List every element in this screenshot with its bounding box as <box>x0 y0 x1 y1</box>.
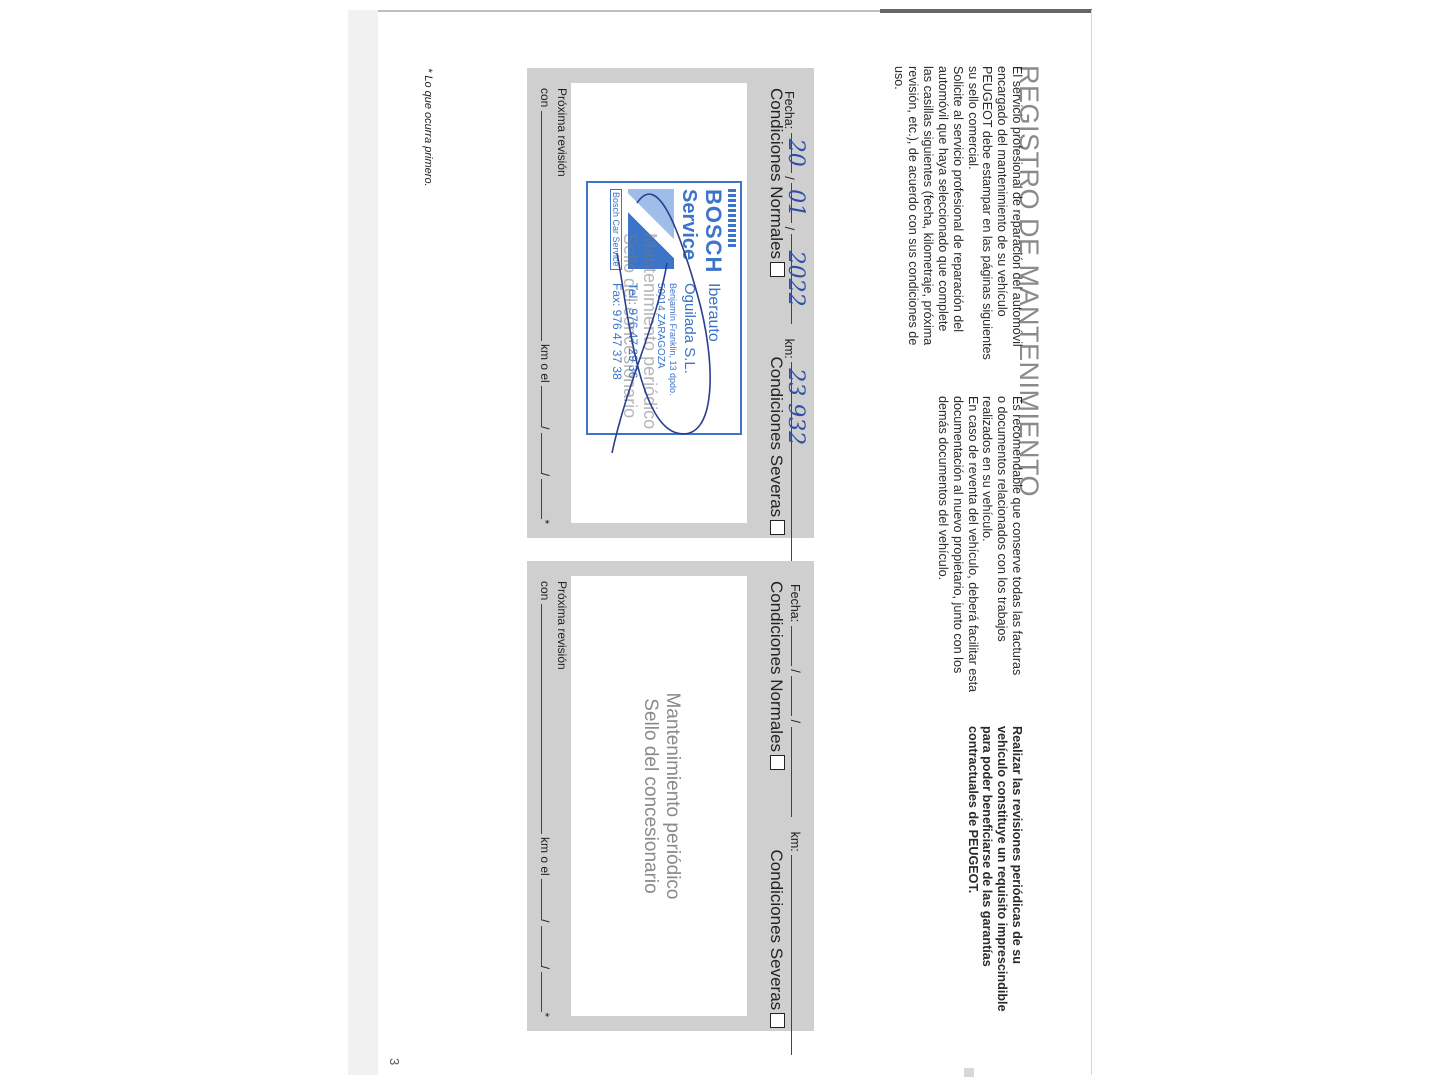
stamp-service: Service <box>677 189 700 260</box>
km-or-date-label: km o el <box>538 837 552 876</box>
next-service-row: con km o el / / * <box>538 581 554 1017</box>
text-line: documentación al nuevo propietario, junt… <box>950 396 965 692</box>
date-km-row: Fecha: / / km: <box>788 584 804 1055</box>
text-line: revisión, etc.), de acuerdo con sus cond… <box>906 66 921 360</box>
text-line: Realizar las revisiones periódicas de su <box>1009 726 1024 1012</box>
date-day-field[interactable]: 20 <box>791 133 804 173</box>
normal-conditions-checkbox[interactable] <box>770 262 785 277</box>
date-separator: / <box>788 669 802 672</box>
handwritten-month: 01 <box>783 189 808 217</box>
dealer-stamp-area: BOSCH Iberauto Service Oguilada S.L. Ben… <box>571 83 747 523</box>
text-line: PEUGEOT debe estampar en las páginas sig… <box>980 66 995 360</box>
stamp-fax: Fax: 976 47 37 38 <box>610 283 624 380</box>
date-separator: / <box>538 919 552 922</box>
text-line: las casillas siguientes (fecha, kilometr… <box>920 66 935 360</box>
margin-marker <box>964 1068 974 1077</box>
dealer-stamp: BOSCH Iberauto Service Oguilada S.L. Ben… <box>586 181 742 435</box>
placeholder-line: Sello del concesionario <box>639 576 661 1016</box>
stamp-brand: BOSCH <box>700 189 726 273</box>
text-line: su sello comercial. <box>965 66 980 360</box>
date-day-field[interactable] <box>791 626 804 666</box>
km-field[interactable]: 23 932 <box>791 362 804 568</box>
km-or-date-label: km o el <box>538 344 552 383</box>
severe-conditions-label: Condiciones Severas <box>767 850 786 1011</box>
normal-conditions-label: Condiciones Normales <box>767 581 786 752</box>
severe-conditions-checkbox[interactable] <box>770 520 785 535</box>
stamp-dotted-band <box>728 189 736 249</box>
date-year-field[interactable]: 2022 <box>791 234 804 324</box>
severe-conditions-checkbox[interactable] <box>770 1013 785 1028</box>
maintenance-register-page: REGISTRO DE MANTENIMIENTO El servicio pr… <box>348 10 1092 1075</box>
handwritten-km: 23 932 <box>783 368 808 445</box>
stamp-network: Bosch Car Service <box>610 189 622 270</box>
text-line: Es recomendable que conserve todas las f… <box>1009 396 1024 692</box>
normal-conditions-label: Condiciones Normales <box>767 88 786 259</box>
handwritten-day: 20 <box>783 139 808 167</box>
date-month-field[interactable]: 01 <box>791 183 804 223</box>
normal-conditions-checkbox[interactable] <box>770 755 785 770</box>
stamp-company-line2: Oguilada S.L. <box>681 283 698 374</box>
text-line: automóvil que haya seleccionado que comp… <box>935 66 950 360</box>
footnote-marker: * <box>538 519 552 524</box>
date-separator: / <box>538 473 552 476</box>
text-line: o documentos relacionados con los trabaj… <box>994 396 1009 692</box>
next-km-field[interactable] <box>541 111 554 341</box>
conditions-row: Condiciones Normales Condiciones Severas <box>766 88 786 535</box>
next-year-field[interactable] <box>541 972 554 1012</box>
date-separator: / <box>538 426 552 429</box>
warranty-notice: Realizar las revisiones periódicas de su… <box>965 726 1024 1012</box>
next-service-row: con km o el / / * <box>538 88 554 524</box>
km-label: km: <box>788 832 802 852</box>
date-separator: / <box>538 966 552 969</box>
text-line: encargado del mantenimiento de su vehícu… <box>994 66 1009 360</box>
text-line: para poder beneficiarse de las garantías <box>980 726 995 1012</box>
text-line: En caso de reventa del vehículo, deberá … <box>965 396 980 692</box>
with-label: con <box>538 581 552 600</box>
text-line: El servicio profesional de reparación de… <box>1009 66 1024 360</box>
next-day-field[interactable] <box>541 879 554 919</box>
maintenance-entry-card: Fecha: 20 / 01 / 2022 km: 23 932 Condici… <box>527 68 814 538</box>
date-label: Fecha: <box>788 584 802 622</box>
maintenance-entry-card: Fecha: / / km: Condiciones Normales Cond… <box>527 561 814 1031</box>
text-line: uso. <box>891 66 906 360</box>
next-day-field[interactable] <box>541 386 554 426</box>
text-line: contractuales de PEUGEOT. <box>965 726 980 1012</box>
date-separator: / <box>788 720 802 723</box>
page-number: 3 <box>387 1058 402 1065</box>
footnote: * Lo que ocurra primero. <box>422 68 434 187</box>
stamp-phone: Tel.: 976 47 29 36 <box>626 283 640 378</box>
intro-left-column: El servicio profesional de reparación de… <box>891 66 1024 360</box>
placeholder-line: Mantenimiento periódico <box>640 233 660 429</box>
date-month-field[interactable] <box>791 676 804 716</box>
with-label: con <box>538 88 552 107</box>
next-service-label: Próxima revisión <box>555 581 569 670</box>
text-line: vehículo constituye un requisito impresc… <box>994 726 1009 1012</box>
dealer-stamp-area[interactable]: Mantenimiento periódico Sello del conces… <box>571 576 747 1016</box>
stamp-company-line1: Iberauto <box>704 283 722 342</box>
text-line: Solicite al servicio profesional de repa… <box>950 66 965 360</box>
intro-middle-column: Es recomendable que conserve todas las f… <box>935 396 1024 692</box>
next-service-label: Próxima revisión <box>555 88 569 177</box>
text-line: demás documentos del vehículo. <box>935 396 950 692</box>
next-month-field[interactable] <box>541 926 554 966</box>
stamp-placeholder: Mantenimiento periódico Sello del conces… <box>639 576 683 1016</box>
next-month-field[interactable] <box>541 433 554 473</box>
km-field[interactable] <box>791 855 804 1055</box>
footnote-marker: * <box>538 1012 552 1017</box>
stamp-address: Benjamín Franklin, 13 dpdo. <box>668 283 678 396</box>
conditions-row: Condiciones Normales Condiciones Severas <box>766 581 786 1028</box>
handwritten-year: 2022 <box>783 251 808 307</box>
text-line: realizados en su vehículo. <box>980 396 995 692</box>
severe-conditions-label: Condiciones Severas <box>767 357 786 518</box>
next-year-field[interactable] <box>541 479 554 519</box>
date-year-field[interactable] <box>791 727 804 817</box>
next-km-field[interactable] <box>541 604 554 834</box>
placeholder-line: Mantenimiento periódico <box>661 576 683 1016</box>
